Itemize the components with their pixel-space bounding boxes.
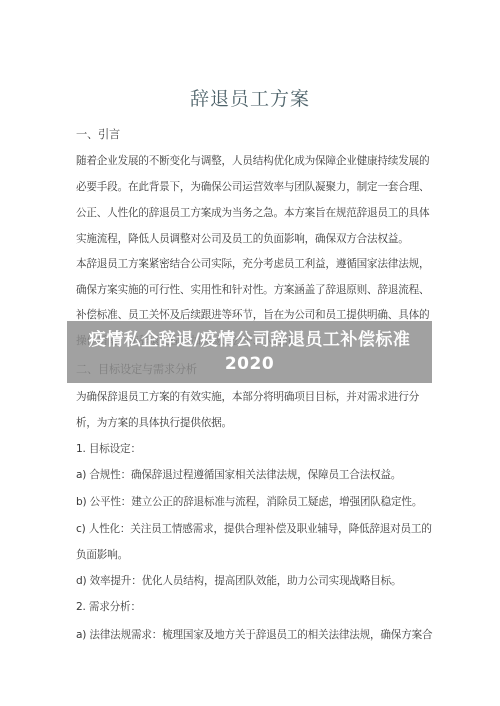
list-item: c) 人性化：关注员工情感需求，提供合理补偿及职业辅导，降低辞退对员工的: [76, 522, 436, 536]
paragraph-line: 实施流程，降低人员调整对公司及员工的负面影响，确保双方合法权益。: [76, 232, 436, 246]
list-item-continuation: 负面影响。: [76, 548, 436, 562]
section-heading-intro: 一、引言: [76, 128, 436, 142]
list-item: a) 合规性：确保辞退过程遵循国家相关法律法规，保障员工合法权益。: [76, 468, 436, 482]
document-page: 辞退员工方案 一、引言 随着企业发展的不断变化与调整，人员结构优化成为保障企业健…: [0, 0, 500, 706]
paragraph-line: 确保方案实施的可行性、实用性和针对性。方案涵盖了辞退原则、辞退流程、: [76, 283, 436, 297]
list-item: b) 公平性：建立公正的辞退标准与流程，消除员工疑虑，增强团队稳定性。: [76, 495, 436, 509]
list-item: d) 效率提升：优化人员结构，提高团队效能，助力公司实现战略目标。: [76, 574, 436, 588]
document-title: 辞退员工方案: [0, 84, 500, 111]
title-overlay-banner: 疫情私企辞退/疫情公司辞退员工补偿标准2020: [67, 321, 432, 383]
paragraph-line: 本辞退员工方案紧密结合公司实际，充分考虑员工利益，遵循国家法律法规，: [76, 257, 436, 271]
paragraph-line: 公正、人性化的辞退员工方案成为当务之急。本方案旨在规范辞退员工的具体: [76, 206, 436, 220]
list-heading-needs: 2. 需求分析：: [76, 600, 436, 614]
list-heading-goals: 1. 目标设定：: [76, 442, 436, 456]
list-item: a) 法律法规需求：梳理国家及地方关于辞退员工的相关法律法规，确保方案合: [76, 628, 436, 642]
paragraph-line: 析，为方案的具体执行提供依据。: [76, 416, 436, 430]
paragraph-line: 必要手段。在此背景下，为确保公司运营效率与团队凝聚力，制定一套合理、: [76, 180, 436, 194]
paragraph-line: 为确保辞退员工方案的有效实施，本部分将明确项目目标，并对需求进行分: [76, 390, 436, 404]
overlay-title: 疫情私企辞退/疫情公司辞退员工补偿标准2020: [80, 328, 420, 376]
paragraph-line: 补偿标准、员工关怀及后续跟进等环节，旨在为公司和员工提供明确、具体的: [76, 308, 436, 322]
paragraph-line: 随着企业发展的不断变化与调整，人员结构优化成为保障企业健康持续发展的: [76, 154, 436, 168]
